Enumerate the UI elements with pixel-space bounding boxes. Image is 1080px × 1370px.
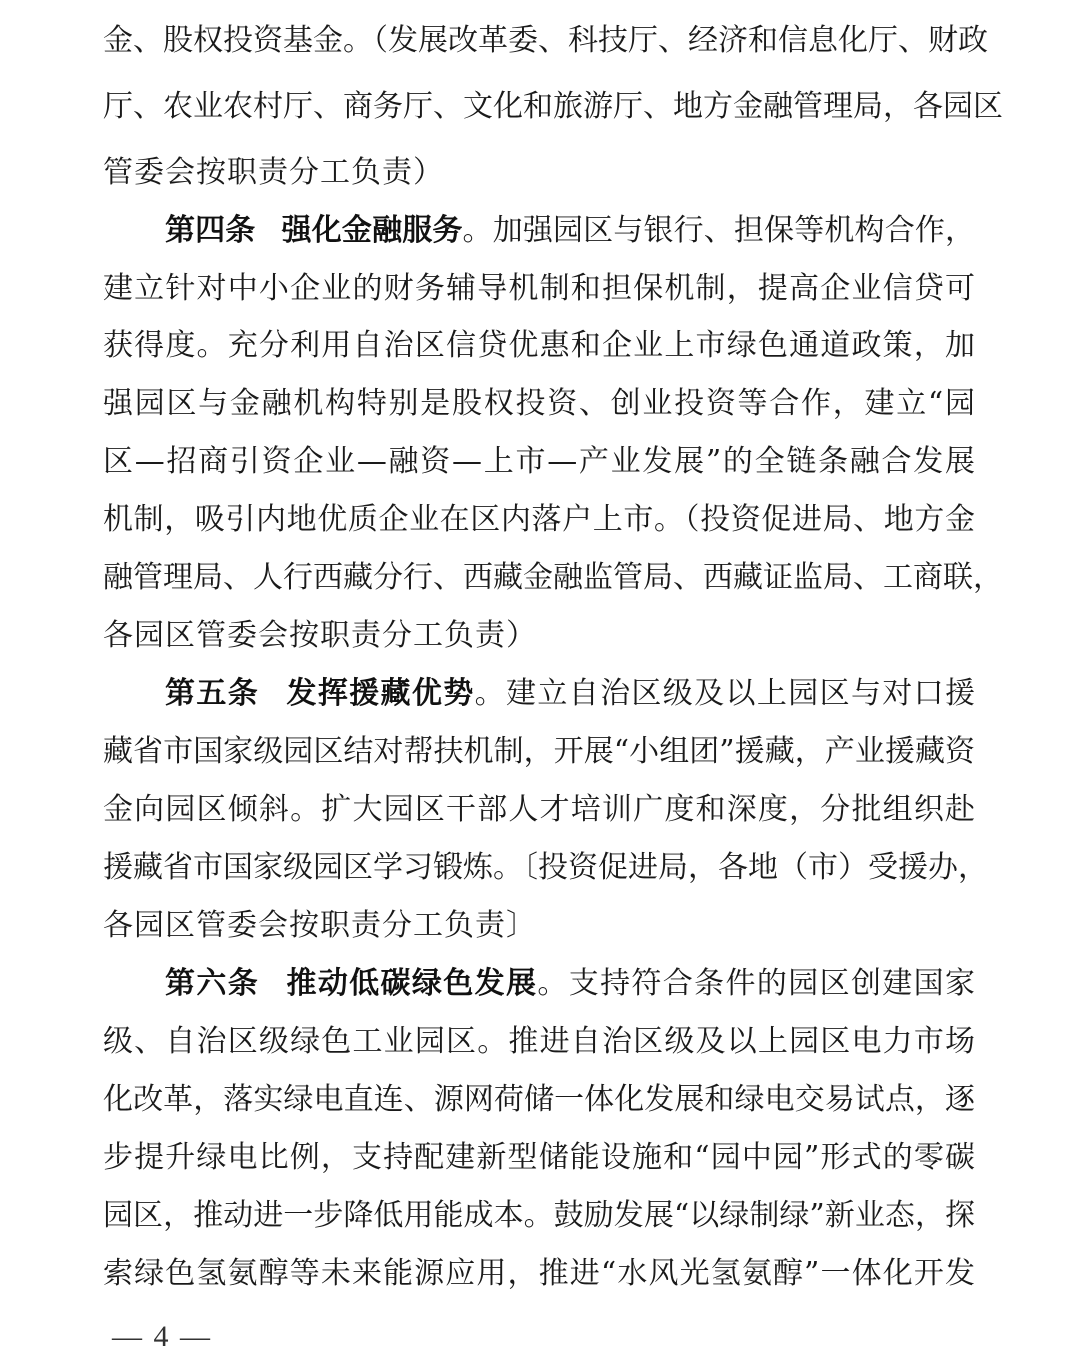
text-line: 强园区与金融机构特别是股权投资、创业投资等合作，建立“园 xyxy=(103,381,975,427)
text-line: 融管理局、人行西藏分行、西藏金融监管局、西藏证监局、工商联， xyxy=(103,555,975,601)
article-number: 第五条 xyxy=(165,676,259,711)
text-line: 获得度。充分利用自治区信贷优惠和企业上市绿色通道政策，加 xyxy=(103,323,975,369)
text-line: 机制，吸引内地优质企业在区内落户上市。（投资促进局、地方金 xyxy=(103,497,975,543)
text-line: 区—招商引资企业—融资—上市—产业发展”的全链条融合发展 xyxy=(103,439,975,485)
article-text: 。支持符合条件的园区创建国家 xyxy=(537,966,975,1001)
article-heading: 发挥援藏优势 xyxy=(285,676,475,711)
article-heading: 强化金融服务 xyxy=(281,213,462,248)
text-line: 金、股权投资基金。（发展改革委、科技厅、经济和信息化厅、财政 xyxy=(103,18,975,64)
text-line: 援藏省市国家级园区学习锻炼。〔投资促进局，各地（市）受援办， xyxy=(103,845,975,891)
article-text: 。加强园区与银行、担保等机构合作， xyxy=(463,213,975,248)
text-line: 各园区管委会按职责分工负责） xyxy=(103,613,975,659)
text-line: 藏省市国家级园区结对帮扶机制，开展“小组团”援藏，产业援藏资 xyxy=(103,729,975,775)
text-line: 管委会按职责分工负责） xyxy=(103,150,975,196)
text-line: 金向园区倾斜。扩大园区干部人才培训广度和深度，分批组织赴 xyxy=(103,787,975,833)
article-number: 第六条 xyxy=(165,966,259,1001)
article-5-first-line: 第五条发挥援藏优势。建立自治区级及以上园区与对口援 xyxy=(165,671,975,717)
text-line: 索绿色氢氨醇等未来能源应用，推进“水风光氢氨醇”一体化开发 xyxy=(103,1251,975,1297)
article-heading: 推动低碳绿色发展 xyxy=(285,966,537,1001)
text-line: 建立针对中小企业的财务辅导机制和担保机制，提高企业信贷可 xyxy=(103,266,975,312)
document-page: 金、股权投资基金。（发展改革委、科技厅、经济和信息化厅、财政 厅、农业农村厅、商… xyxy=(0,0,1080,1370)
text-line: 各园区管委会按职责分工负责〕 xyxy=(103,903,975,949)
article-6-first-line: 第六条推动低碳绿色发展。支持符合条件的园区创建国家 xyxy=(165,961,975,1007)
article-4-first-line: 第四条强化金融服务。加强园区与银行、担保等机构合作， xyxy=(165,208,975,254)
text-line: 园区，推动进一步降低用能成本。鼓励发展“以绿制绿”新业态，探 xyxy=(103,1193,975,1239)
text-line: 化改革，落实绿电直连、源网荷储一体化发展和绿电交易试点，逐 xyxy=(103,1077,975,1123)
page-number: — 4 — xyxy=(112,1317,212,1357)
text-line: 步提升绿电比例，支持配建新型储能设施和“园中园”形式的零碳 xyxy=(103,1135,975,1181)
article-text: 。建立自治区级及以上园区与对口援 xyxy=(475,676,975,711)
text-line: 级、自治区级绿色工业园区。推进自治区级及以上园区电力市场 xyxy=(103,1019,975,1065)
text-line: 厅、农业农村厅、商务厅、文化和旅游厅、地方金融管理局，各园区 xyxy=(103,84,975,130)
article-number: 第四条 xyxy=(165,213,255,248)
